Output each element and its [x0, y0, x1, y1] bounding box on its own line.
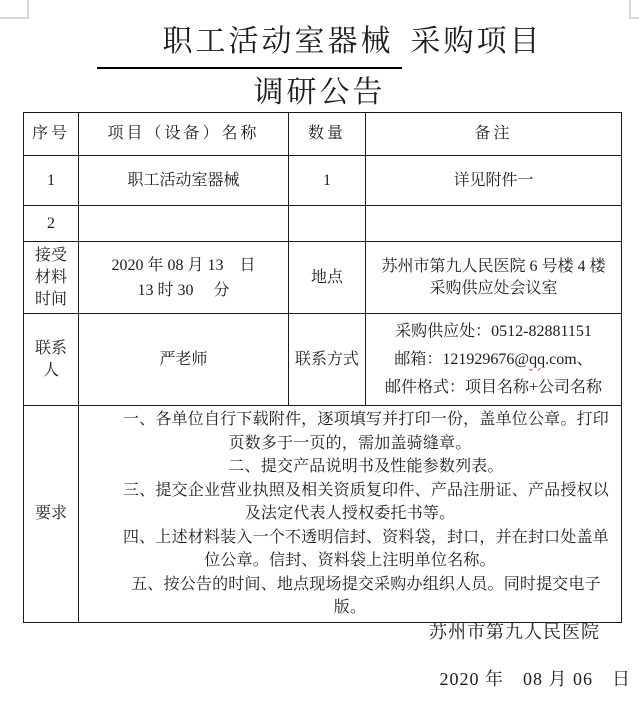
item1-name: 职工活动室器械	[79, 156, 289, 206]
procurement-table: 序号 项目（设备）名称 数量 备注 1 职工活动室器械 1 详见附件一 2 接受…	[23, 112, 622, 623]
table-row-requirements: 要求 一、各单位自行下载附件，逐项填写并打印一份，盖单位公章。打印页数多于一页的…	[24, 406, 622, 623]
requirement-item-4: 四、上述材料装入一个不透明信封、资料袋，封口，并在封口处盖单位公章。信封、资料袋…	[83, 526, 617, 573]
time-date-line: 2020 年 08 月 13 日	[83, 253, 284, 278]
header-item-name: 项目（设备）名称	[79, 113, 289, 156]
item2-qty	[289, 206, 366, 242]
item1-seq: 1	[24, 156, 79, 206]
title-suffix: 采购项目	[411, 25, 543, 58]
time-clock-line: 13 时 30 分	[83, 278, 284, 303]
page-margin-mark-top-right	[629, 0, 639, 19]
requirement-item-1: 一、各单位自行下载附件，逐项填写并打印一份，盖单位公章。打印页数多于一页的，需加…	[83, 408, 617, 455]
item2-note	[366, 206, 622, 242]
signature-date: 2020 年 08 月 06 日	[0, 664, 639, 694]
item1-note: 详见附件一	[366, 156, 622, 206]
requirement-item-2: 二、提交产品说明书及性能参数列表。	[83, 455, 617, 479]
table-row-item-1: 1 职工活动室器械 1 详见附件一	[24, 156, 622, 206]
contact-email-prefix: 邮箱：121929676@	[394, 351, 529, 368]
requirements-content: 一、各单位自行下载附件，逐项填写并打印一份，盖单位公章。打印页数多于一页的，需加…	[79, 406, 622, 623]
header-seq: 序号	[24, 113, 79, 156]
header-quantity: 数量	[289, 113, 366, 156]
requirement-item-3: 三、提交企业营业执照及相关资质复印件、产品注册证、产品授权以及法定代表人授权委托…	[83, 479, 617, 526]
document-title: 职工活动室器械采购项目 调研公告	[0, 18, 639, 117]
table-row-item-2: 2	[24, 206, 622, 242]
title-line-2: 调研公告	[0, 69, 639, 117]
contact-mail-format: 邮件格式：项目名称+公司名称	[370, 374, 617, 402]
page-margin-mark-top-left	[0, 0, 29, 19]
document-page: 职工活动室器械采购项目 调研公告 序号 项目（设备）名称 数量 备注 1 职工活…	[0, 0, 639, 708]
contact-email: 邮箱：121929676@qq.com、	[370, 346, 617, 374]
time-value: 2020 年 08 月 13 日 13 时 30 分	[79, 242, 289, 314]
requirements-label: 要求	[24, 406, 79, 623]
contact-email-suffix: .com、	[545, 351, 593, 368]
place-line-1: 苏州市第九人民医院 6 号楼 4 楼	[370, 256, 617, 278]
contact-person: 严老师	[79, 314, 289, 406]
contact-method-label: 联系方式	[289, 314, 366, 406]
title-line-1: 职工活动室器械采购项目	[0, 18, 639, 69]
contact-details: 采购供应处：0512-82881151 邮箱：121929676@qq.com、…	[366, 314, 622, 406]
place-value: 苏州市第九人民医院 6 号楼 4 楼 采购供应处会议室	[366, 242, 622, 314]
table-row-contact: 联系人 严老师 联系方式 采购供应处：0512-82881151 邮箱：1219…	[24, 314, 622, 406]
item1-qty: 1	[289, 156, 366, 206]
place-line-2: 采购供应处会议室	[370, 278, 617, 300]
time-label: 接受材料时间	[24, 242, 79, 314]
title-project-name-underlined: 职工活动室器械	[97, 18, 402, 69]
table-header-row: 序号 项目（设备）名称 数量 备注	[24, 113, 622, 156]
place-label: 地点	[289, 242, 366, 314]
table-row-time: 接受材料时间 2020 年 08 月 13 日 13 时 30 分 地点 苏州市…	[24, 242, 622, 314]
contact-email-domain-spellcheck: qq	[529, 351, 545, 368]
requirement-item-5: 五、按公告的时间、地点现场提交采购办组织人员。同时提交电子版。	[83, 573, 617, 620]
item2-name	[79, 206, 289, 242]
header-remark: 备注	[366, 113, 622, 156]
item2-seq: 2	[24, 206, 79, 242]
signature-organization: 苏州市第九人民医院	[0, 618, 639, 646]
contact-phone: 采购供应处：0512-82881151	[370, 318, 617, 346]
contact-label: 联系人	[24, 314, 79, 406]
